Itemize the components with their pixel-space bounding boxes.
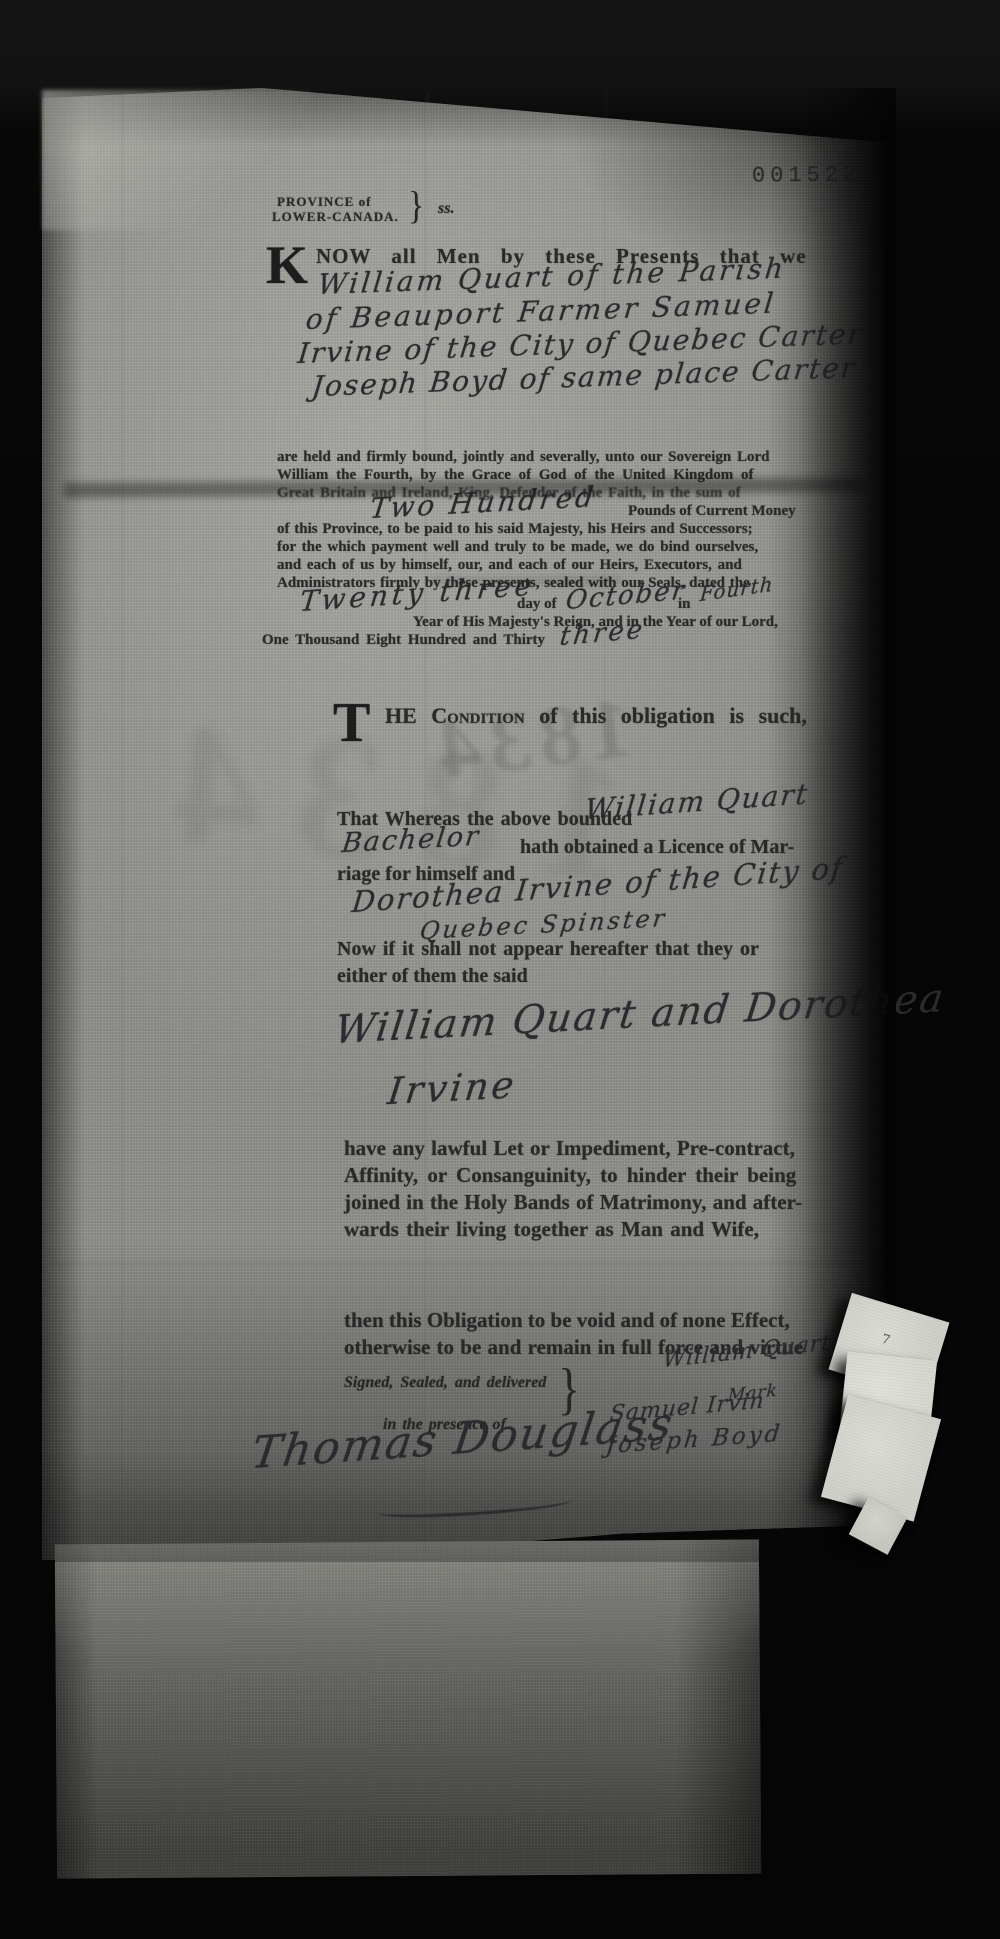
condition-word: Condition	[431, 703, 524, 728]
fold-line-vertical	[122, 92, 125, 1552]
dropcap-k: K	[266, 243, 308, 289]
province-line-2: LOWER-CANADA.	[272, 209, 399, 225]
ss-abbreviation: ss.	[438, 200, 454, 218]
bond-line-1: are held and firmly bound, jointly and s…	[277, 449, 769, 466]
fold-line-horizontal	[50, 1262, 870, 1265]
bottom-edge-shadow	[42, 1450, 885, 1562]
scanned-document: 001522 PROVINCE of LOWER-CANADA. } ss. K…	[0, 0, 1000, 1939]
hand-couple-names-line-2: Irvine	[385, 1063, 519, 1113]
province-line-1: PROVINCE of	[277, 194, 371, 210]
whereas-line-4: Now if it shall not appear hereafter tha…	[337, 938, 759, 961]
province-brace: }	[408, 185, 424, 229]
whereas-line-5: either of them the said	[337, 965, 528, 988]
impediment-line-2: Affinity, or Consanguinity, to hinder th…	[344, 1163, 796, 1188]
impediment-line-4: wards their living together as Man and W…	[344, 1217, 759, 1242]
impediment-line-1: have any lawful Let or Impediment, Pre-c…	[344, 1136, 795, 1161]
whereas-line-2: hath obtained a Licence of Mar-	[520, 836, 794, 859]
impediment-line-3: joined in the Holy Bands of Matrimony, a…	[344, 1190, 802, 1215]
year-line: One Thousand Eight Hundred and Thirty	[262, 632, 545, 649]
ink-smear-small	[430, 578, 620, 583]
condition-heading: HE Condition of this obligation is such,	[385, 703, 807, 729]
attestation-line-1: Signed, Sealed, and delivered	[344, 1374, 546, 1392]
condition-he: HE	[385, 703, 417, 728]
condition-tail: of this obligation is such,	[539, 703, 807, 728]
fragment-pencil-mark: 7	[880, 1332, 892, 1349]
bond-line-5: for the which payment well and truly to …	[277, 539, 758, 556]
paper-lower-fold	[55, 1540, 761, 1879]
closing-line-1: then this Obligation to be void and of n…	[344, 1308, 790, 1333]
bond-line-4: of this Province, to be paid to his said…	[277, 521, 753, 538]
bond-sum-printed: Pounds of Current Money	[628, 503, 796, 520]
dropcap-t: T	[333, 700, 370, 748]
